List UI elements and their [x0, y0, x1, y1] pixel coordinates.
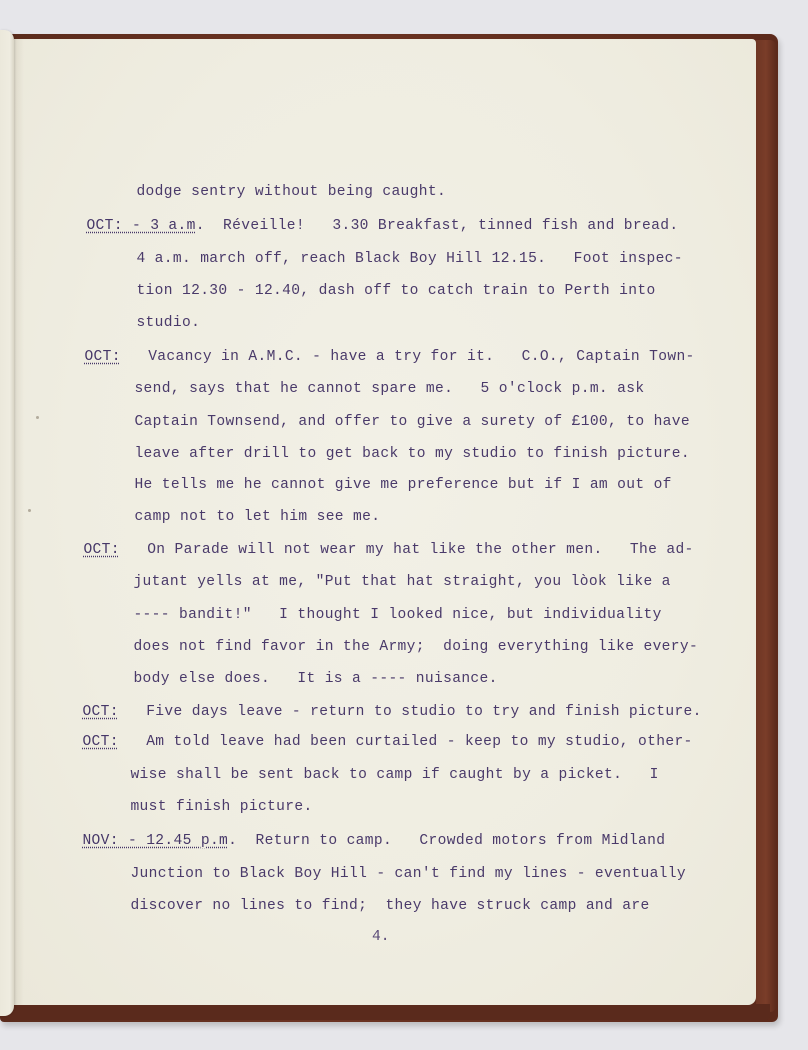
line-text: studio. [136, 315, 200, 331]
text-line: discover no lines to find; they have str… [94, 879, 650, 933]
line-text: dodge sentry without being caught. [136, 184, 446, 200]
previous-page-edge [0, 30, 14, 1016]
book-cover-edge-right [756, 40, 776, 1012]
diary-page: dodge sentry without being caught. OCT: … [14, 39, 756, 1005]
gutter-shadow [14, 39, 24, 1005]
book-cover-edge-bottom [0, 1004, 770, 1020]
paper-speck [28, 509, 31, 512]
line-text: tion 12.30 - 12.40, dash off to catch tr… [136, 283, 655, 299]
line-text: must finish picture. [130, 799, 312, 815]
line-text: discover no lines to find; they have str… [130, 898, 649, 914]
page-number: 4. [372, 929, 390, 945]
paper-speck [36, 416, 39, 419]
